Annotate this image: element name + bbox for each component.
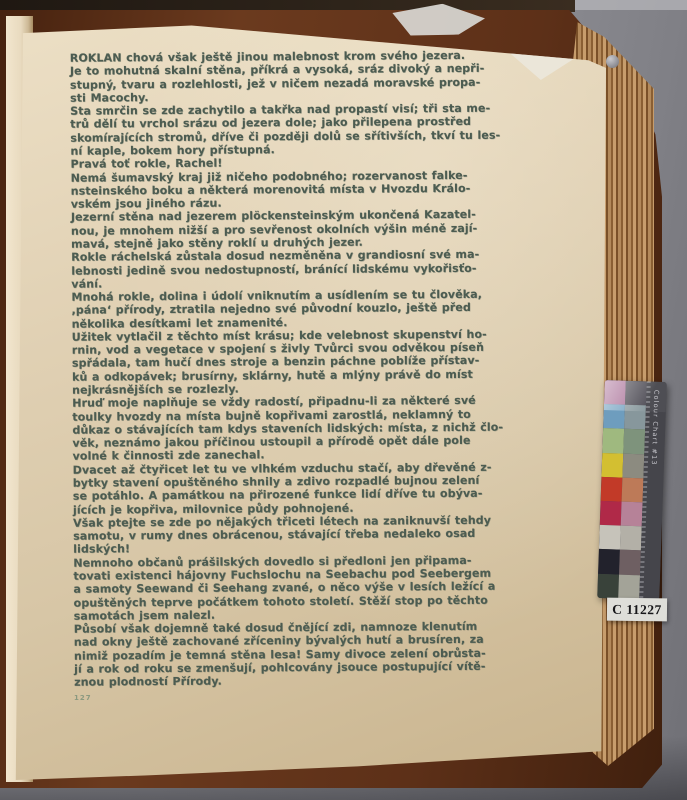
color-patch [622, 477, 644, 502]
page-number: 127 [74, 694, 92, 702]
color-patch [598, 549, 620, 574]
text-line: znou plodností Přírody. [74, 673, 560, 690]
color-patch [620, 526, 642, 551]
color-patch [618, 574, 640, 599]
color-patch [623, 429, 645, 454]
photograph-of-book: ROKLAN chová však ještě jinou malebnost … [0, 0, 687, 800]
color-patch [622, 453, 644, 478]
text-block: ROKLAN chová však ještě jinou malebnost … [70, 48, 560, 689]
color-patch [619, 550, 641, 575]
color-patch [601, 453, 623, 478]
color-patch [602, 428, 624, 453]
reference-label: C 11227 [607, 598, 667, 622]
backdrop-strip [575, 0, 687, 10]
color-patch [601, 477, 623, 502]
colour-calibration-chart: Colour Chart #13 [597, 380, 667, 600]
color-patch [597, 573, 619, 598]
glare-highlight [604, 380, 667, 412]
color-patch [599, 525, 621, 550]
color-patch [621, 502, 643, 527]
book-page: ROKLAN chová však ještě jinou malebnost … [14, 24, 606, 780]
color-patch [600, 501, 622, 526]
pin-highlight [606, 55, 619, 68]
